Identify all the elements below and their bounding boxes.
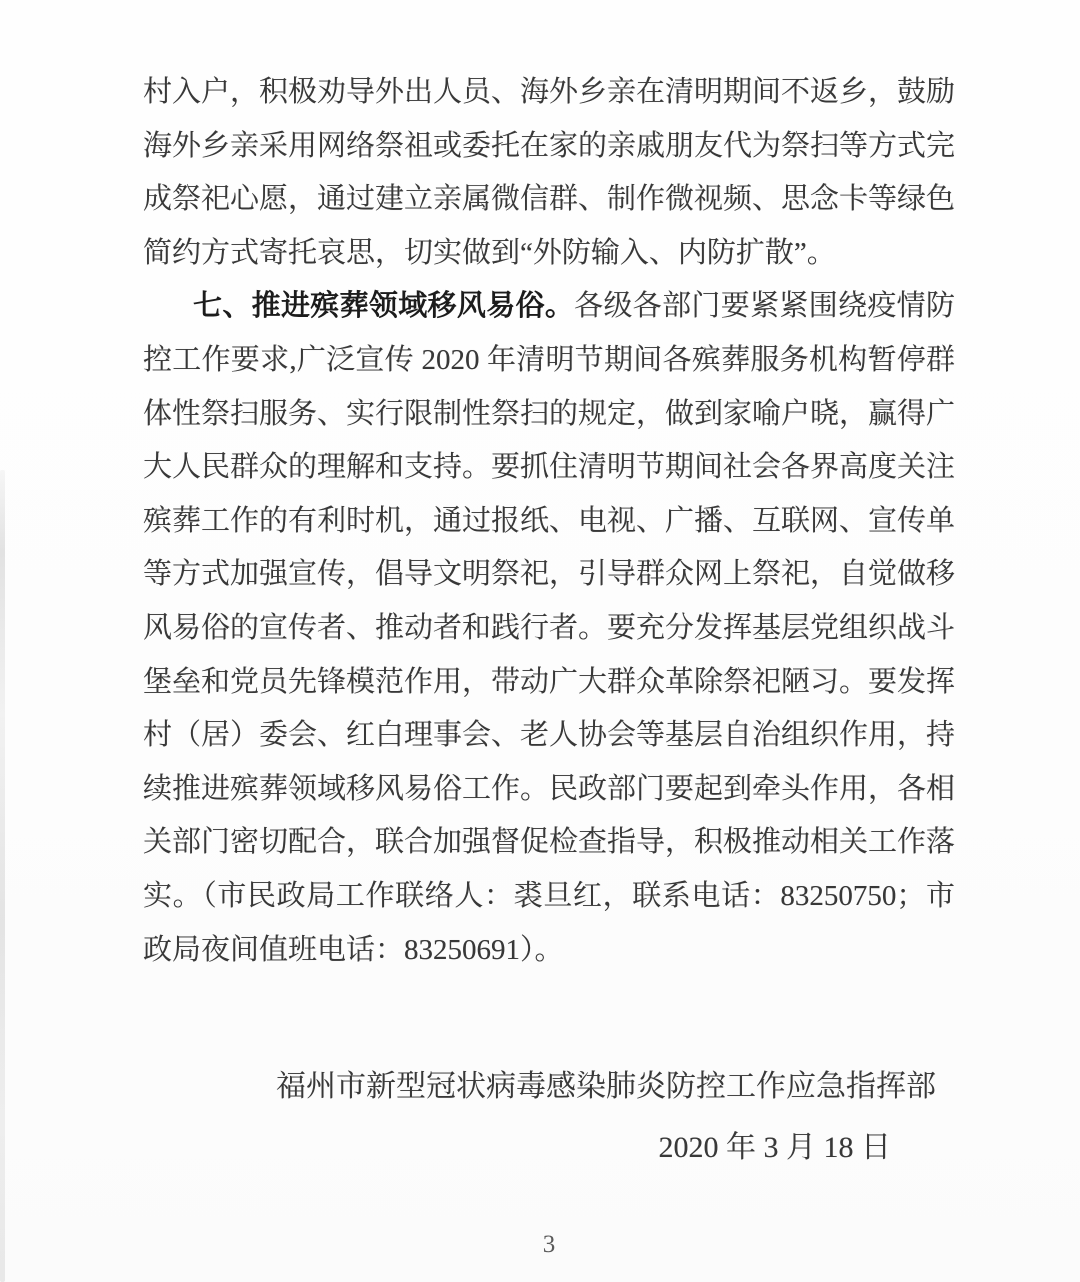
paragraph-1: 村入户，积极劝导外出人员、海外乡亲在清明期间不返乡，鼓励海外乡亲采用网络祭祖或委…	[143, 66, 955, 280]
signature-org: 福州市新型冠状病毒感染肺炎防控工作应急指挥部	[276, 1070, 936, 1104]
text-run: 各级各部门要紧紧围绕疫情防	[574, 290, 955, 322]
section-heading: 七、推进殡葬领域移风易俗。	[193, 290, 574, 322]
signature-block: 福州市新型冠状病毒感染肺炎防控工作应急指挥部 2020 年 3 月 18 日	[276, 1070, 936, 1165]
document-page: 村入户，积极劝导外出人员、海外乡亲在清明期间不返乡，鼓励海外乡亲采用网络祭祖或委…	[0, 0, 1080, 1282]
text-line: 体性祭扫服务、实行限制性祭扫的规定，做到家喻户晓，赢得广	[143, 388, 955, 442]
left-edge-scan-artifact	[0, 470, 5, 1282]
text-line: 大人民群众的理解和支持。要抓住清明节期间社会各界高度关注	[143, 441, 955, 495]
text-line: 实。（市民政局工作联络人：裘旦红，联系电话：83250750；市民	[143, 870, 955, 924]
text-line: 殡葬工作的有利时机，通过报纸、电视、广播、互联网、宣传单	[143, 495, 955, 549]
body-text: 村入户，积极劝导外出人员、海外乡亲在清明期间不返乡，鼓励海外乡亲采用网络祭祖或委…	[143, 66, 955, 977]
text-line: 堡垒和党员先锋模范作用，带动广大群众革除祭祀陋习。要发挥	[143, 656, 955, 710]
text-line: 七、推进殡葬领域移风易俗。各级各部门要紧紧围绕疫情防	[143, 280, 955, 334]
signature-date: 2020 年 3 月 18 日	[276, 1131, 936, 1165]
text-line: 风易俗的宣传者、推动者和践行者。要充分发挥基层党组织战斗	[143, 602, 955, 656]
text-line: 简约方式寄托哀思，切实做到“外防输入、内防扩散”。	[143, 227, 955, 281]
paragraph-2: 七、推进殡葬领域移风易俗。各级各部门要紧紧围绕疫情防 控工作要求,广泛宣传 20…	[143, 280, 955, 977]
text-line: 村（居）委会、红白理事会、老人协会等基层自治组织作用，持	[143, 709, 955, 763]
page-number: 3	[9, 1231, 1080, 1259]
text-line: 政局夜间值班电话：83250691）。	[143, 924, 955, 978]
text-line: 续推进殡葬领域移风易俗工作。民政部门要起到牵头作用，各相	[143, 763, 955, 817]
text-line: 关部门密切配合，联合加强督促检查指导，积极推动相关工作落	[143, 816, 955, 870]
text-line: 村入户，积极劝导外出人员、海外乡亲在清明期间不返乡，鼓励	[143, 66, 955, 120]
text-line: 海外乡亲采用网络祭祖或委托在家的亲戚朋友代为祭扫等方式完	[143, 120, 955, 174]
text-line: 成祭祀心愿，通过建立亲属微信群、制作微视频、思念卡等绿色	[143, 173, 955, 227]
text-line: 控工作要求,广泛宣传 2020 年清明节期间各殡葬服务机构暂停群	[143, 334, 955, 388]
text-line: 等方式加强宣传，倡导文明祭祀，引导群众网上祭祀，自觉做移	[143, 548, 955, 602]
